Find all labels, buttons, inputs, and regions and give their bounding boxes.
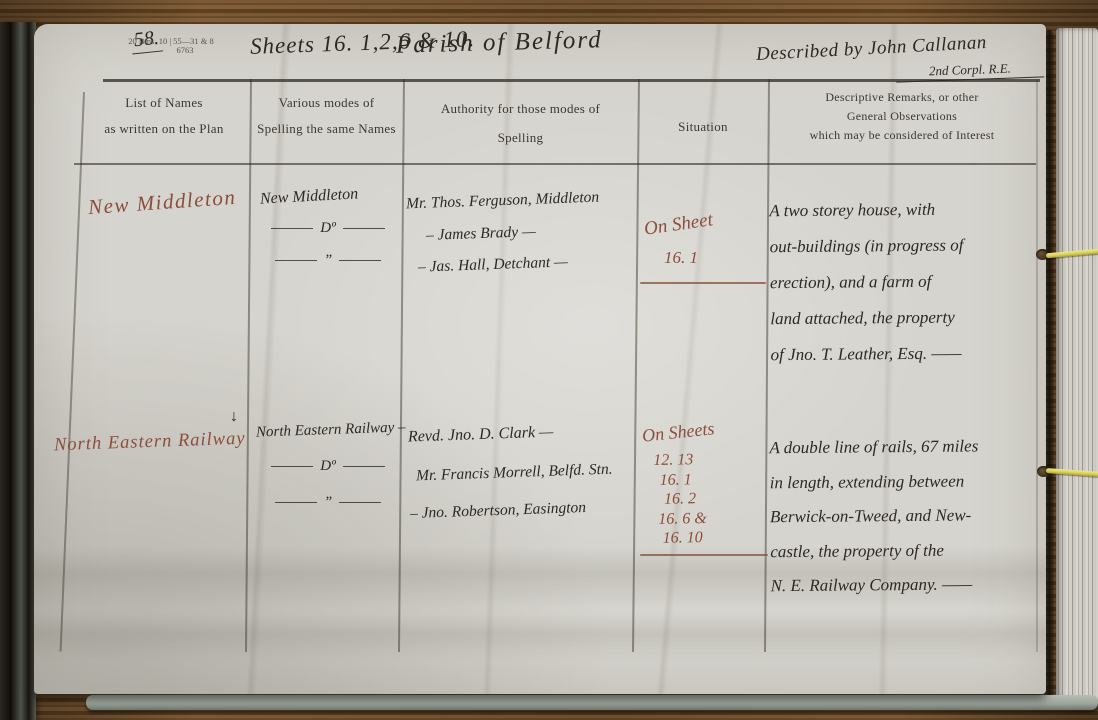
plan-name: New Middleton	[87, 185, 237, 220]
ditto-dash	[271, 228, 313, 229]
ditto-dash	[343, 466, 385, 467]
remarks-line: out-buildings (in progress of	[770, 227, 1046, 265]
sheet-number-list: 12. 13 16. 1 16. 2 16. 6 & 16. 10	[653, 449, 765, 548]
book-binding-spine	[0, 22, 36, 720]
remarks-line: A two storey house, with	[769, 191, 1045, 229]
remarks-line: Berwick-on-Tweed, and New-	[770, 498, 1052, 535]
remarks-line: in length, extending between	[770, 463, 1052, 500]
situation-underline	[640, 554, 768, 556]
situation-label: On Sheets	[641, 418, 715, 446]
column-line-authority-situation	[632, 79, 640, 652]
ditto-dash	[275, 260, 317, 261]
column-line-situation-remarks	[764, 79, 770, 652]
sheet-number: 16. 6 &	[654, 508, 764, 529]
names-header-line1: List of Names	[78, 90, 250, 116]
spelling-line: New Middleton	[260, 185, 359, 208]
authority-line: – Jno. Robertson, Easington	[410, 499, 587, 523]
table-left-border	[60, 92, 85, 652]
insert-caret-mark: ↓	[230, 408, 238, 426]
page-edges-stack	[1056, 28, 1098, 704]
remarks-header-line1: Descriptive Remarks, or other	[768, 88, 1036, 107]
remarks-line: erection), and a farm of	[770, 263, 1046, 301]
column-line-spelling-authority	[398, 79, 405, 652]
ditto-mark: ”	[324, 494, 332, 511]
remarks-line: N. E. Railway Company. ——	[770, 567, 1052, 604]
spelling-ditto-row: Dº	[258, 458, 398, 475]
table-top-rule	[103, 79, 1040, 82]
ditto-mark: Dº	[320, 220, 335, 237]
spelling-header-line1: Various modes of	[250, 90, 403, 116]
survey-stamp: 20 Bms. 10 | 55—31 & 8 6763	[106, 37, 236, 55]
column-header-situation: Situation	[638, 114, 768, 140]
remarks-block: A double line of rails, 67 miles in leng…	[769, 429, 1052, 604]
ditto-dash	[275, 502, 317, 503]
book-cover-edge	[86, 695, 1098, 710]
situation-header-line1: Situation	[638, 114, 768, 140]
table-header-bottom-rule	[74, 163, 1036, 165]
sheet-number: 16. 1	[664, 248, 698, 268]
remarks-header-line3: which may be considered of Interest	[768, 126, 1036, 145]
sheet-number: 16. 2	[654, 488, 764, 509]
remarks-header-line2: General Observations	[768, 107, 1036, 126]
spelling-ditto-row: Dº	[258, 220, 398, 237]
column-header-remarks: Descriptive Remarks, or other General Ob…	[768, 88, 1036, 145]
stamp-line-2: 6763	[106, 46, 236, 55]
spelling-ditto-row: ”	[258, 252, 398, 269]
plan-name: North Eastern Railway	[54, 429, 246, 457]
ditto-dash	[339, 260, 381, 261]
remarks-line: castle, the property of the	[770, 532, 1052, 569]
ditto-dash	[271, 466, 313, 467]
situation-underline	[640, 282, 766, 284]
register-page: 58. 20 Bms. 10 | 55—31 & 8 6763 Sheets 1…	[34, 24, 1046, 694]
authority-line: Mr. Thos. Ferguson, Middleton	[406, 189, 600, 214]
remarks-block: A two storey house, with out-buildings (…	[769, 191, 1047, 373]
spelling-line: North Eastern Railway –	[256, 419, 406, 441]
spelling-ditto-row: ”	[258, 494, 398, 511]
authority-header-line1: Authority for those modes of	[403, 94, 638, 123]
authority-header-line2: Spelling	[403, 123, 638, 152]
authority-line: – James Brady —	[426, 223, 536, 245]
remarks-line: of Jno. T. Leather, Esq. ——	[770, 335, 1046, 373]
ditto-mark: ”	[324, 252, 332, 269]
sheet-number: 16. 1	[653, 469, 763, 490]
situation-label: On Sheet	[643, 209, 715, 240]
photographed-name-book: 58. 20 Bms. 10 | 55—31 & 8 6763 Sheets 1…	[0, 0, 1098, 720]
column-header-spelling: Various modes of Spelling the same Names	[250, 90, 403, 142]
column-header-names: List of Names as written on the Plan	[78, 90, 250, 142]
stamp-line-1: 20 Bms. 10 | 55—31 & 8	[106, 37, 236, 46]
ditto-mark: Dº	[320, 458, 335, 475]
sheet-number: 12. 13	[653, 449, 763, 470]
ditto-dash	[343, 228, 385, 229]
authority-line: Mr. Francis Morrell, Belfd. Stn.	[416, 461, 613, 486]
parish-heading: Parish of Belford	[396, 26, 603, 59]
column-line-names-spelling	[245, 79, 252, 652]
ditto-dash	[339, 502, 381, 503]
authority-line: Revd. Jno. D. Clark —	[408, 423, 554, 446]
column-header-authority: Authority for those modes of Spelling	[403, 94, 638, 152]
sheet-number: 16. 10	[655, 527, 765, 548]
remarks-line: land attached, the property	[770, 299, 1046, 337]
names-header-line2: as written on the Plan	[78, 116, 250, 142]
spelling-header-line2: Spelling the same Names	[250, 116, 403, 142]
authority-line: – Jas. Hall, Detchant —	[418, 253, 568, 276]
described-by: Described by John Callanan	[756, 32, 988, 66]
remarks-line: A double line of rails, 67 miles	[769, 429, 1051, 466]
